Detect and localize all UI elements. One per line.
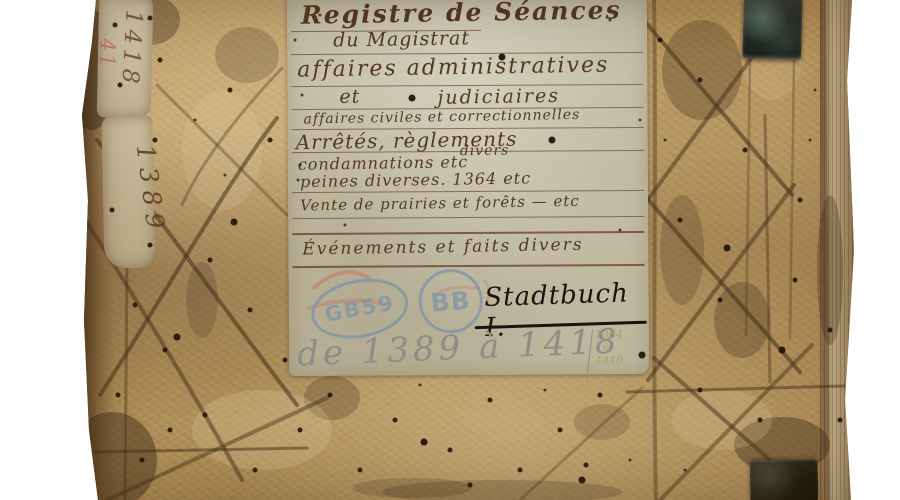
photo-stage: 41 1418 1389 Registre de Séances du Magi… — [0, 0, 900, 500]
worm-holes — [82, 0, 854, 500]
book-cover: 41 1418 1389 Registre de Séances du Magi… — [82, 0, 854, 500]
metal-clasp-top — [742, 0, 803, 60]
metal-clasp-bottom — [750, 459, 819, 500]
